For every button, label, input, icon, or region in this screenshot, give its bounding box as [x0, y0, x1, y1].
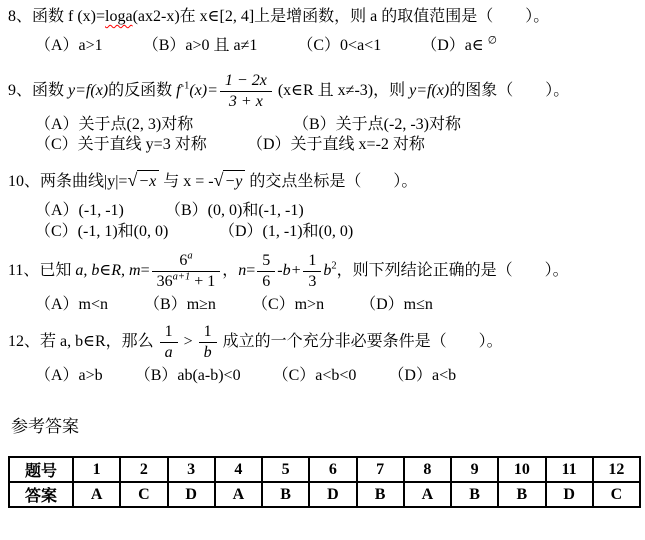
question-11: 11、已知 a, b∈R, m=6a36a+1 + 1，n=56-b+13b2，…: [8, 252, 637, 315]
fraction: 1b: [199, 323, 217, 361]
equals-sign: =: [141, 262, 150, 279]
question-number-cell: 7: [357, 457, 404, 482]
option-a: （A）(-1, -1): [35, 201, 165, 222]
reference-answers-heading: 参考答案: [11, 412, 637, 437]
exponent: a+1: [173, 272, 191, 283]
stem-text: ，: [222, 262, 238, 279]
question-10-stem: 10、两条曲线|y|=√−x 与 x = -√−y 的交点坐标是（ ）。: [8, 168, 637, 193]
question-12-options: （A）a>b （B）ab(a-b)<0 （C）a<b<0 （D）a<b: [35, 366, 637, 387]
math-expression: y=f(x): [409, 82, 449, 99]
stem-text: 与 x = -: [159, 173, 213, 190]
answer-cell: D: [546, 482, 593, 507]
option-d: （D）a<b: [388, 366, 456, 387]
radical-sign: √: [214, 170, 224, 190]
fraction-denominator: 3: [303, 272, 321, 291]
exam-document: 8、函数 f (x)=loga(ax2-x)在 x∈[2, 4]上是增函数，则 …: [0, 0, 645, 508]
option-c: （C）m>n: [252, 295, 324, 316]
stem-text: (x∈R 且 x≠-3)，则: [274, 82, 409, 99]
question-10: 10、两条曲线|y|=√−x 与 x = -√−y 的交点坐标是（ ）。 （A）…: [8, 168, 637, 242]
answer-cell: B: [357, 482, 404, 507]
math-expression: (x)=: [189, 82, 218, 99]
question-11-options: （A）m<n （B）m≥n （C）m>n （D）m≤n: [35, 295, 637, 316]
stem-text: 10、两条曲线|y|=: [8, 173, 127, 190]
question-number-cell: 1: [73, 457, 120, 482]
question-number-cell: 4: [215, 457, 262, 482]
fraction-denominator: b: [199, 343, 217, 362]
option-d: （D）关于直线 x=-2 对称: [247, 135, 425, 156]
option-b: （B）a>0 且 a≠1: [143, 36, 258, 57]
option-a: （A）a>b: [35, 366, 103, 387]
question-number-cell: 3: [168, 457, 215, 482]
fraction: 1a: [160, 323, 178, 361]
question-12-stem: 12、若 a, b∈R，那么 1a > 1b 成立的一个充分非必要条件是（ ）。: [8, 323, 637, 361]
option-c: （C）a<b<0: [273, 366, 357, 387]
question-number-cell: 9: [451, 457, 498, 482]
option-d-text: （D）a∈: [421, 37, 488, 54]
equals-sign: =: [246, 262, 255, 279]
option-b: （B）ab(a-b)<0: [135, 366, 241, 387]
answer-cell: C: [593, 482, 640, 507]
fraction-numerator: 1: [199, 323, 217, 343]
greater-than-sign: >: [180, 333, 197, 350]
row-label-answers: 答案: [9, 482, 73, 507]
question-10-options-row-1: （A）(-1, -1) （B）(0, 0)和(-1, -1): [35, 201, 637, 222]
question-11-stem: 11、已知 a, b∈R, m=6a36a+1 + 1，n=56-b+13b2，…: [8, 252, 637, 290]
stem-text: (ax2-x)在 x∈[2, 4]上是增函数，则 a 的取值范围是（ ）。: [133, 8, 550, 25]
fraction-numerator: 1: [303, 252, 321, 272]
question-9-stem: 9、函数 y=f(x)的反函数 f-1(x)=1 − 2x3 + x (x∈R …: [8, 72, 637, 110]
math-expression: -b+: [277, 262, 301, 279]
answer-cell: B: [498, 482, 545, 507]
stem-text: 8、函数 f (x)=: [8, 8, 105, 25]
base: 36: [157, 273, 173, 290]
question-number-cell: 2: [120, 457, 167, 482]
radicand: −x: [137, 170, 159, 193]
question-8-stem: 8、函数 f (x)=loga(ax2-x)在 x∈[2, 4]上是增函数，则 …: [8, 6, 637, 28]
option-c: （C）(-1, 1)和(0, 0): [35, 222, 219, 243]
stem-text: 的反函数: [108, 82, 176, 99]
stem-text: 11、已知: [8, 262, 75, 279]
option-d: （D）a∈ ∅: [421, 36, 497, 57]
answer-cell: D: [309, 482, 356, 507]
empty-set-symbol: ∅: [488, 35, 497, 46]
misspelled-term: loga: [105, 8, 133, 25]
option-a: （A）a>1: [35, 36, 103, 57]
option-c: （C）0<a<1: [297, 36, 381, 57]
option-b: （B）m≥n: [144, 295, 216, 316]
fraction: 13: [303, 252, 321, 290]
stem-text: 9、函数: [8, 82, 68, 99]
fraction-numerator: 1: [160, 323, 178, 343]
fraction-denominator: 6: [257, 272, 275, 291]
question-8: 8、函数 f (x)=loga(ax2-x)在 x∈[2, 4]上是增函数，则 …: [8, 6, 637, 56]
option-d: （D）m≤n: [360, 295, 433, 316]
question-10-options-row-2: （C）(-1, 1)和(0, 0) （D）(1, -1)和(0, 0): [35, 222, 637, 243]
fraction-denominator: 36a+1 + 1: [152, 272, 221, 291]
question-number-cell: 11: [546, 457, 593, 482]
stem-text: 12、若 a, b∈R，那么: [8, 333, 158, 350]
fraction-numerator: 1 − 2x: [220, 72, 272, 92]
radical-sign: √: [127, 170, 137, 190]
option-c: （C）关于直线 y=3 对称: [35, 135, 247, 156]
row-label-numbers: 题号: [9, 457, 73, 482]
answer-cell: B: [451, 482, 498, 507]
fraction: 56: [257, 252, 275, 290]
square-root: √−y: [214, 173, 246, 190]
fraction-numerator: 5: [257, 252, 275, 272]
fraction: 1 − 2x3 + x: [220, 72, 272, 110]
stem-text: 的交点坐标是（ ）。: [245, 173, 417, 190]
question-9-options-row-1: （A）关于点(2, 3)对称 （B）关于点(-2, -3)对称: [35, 115, 637, 136]
math-expression: a, b∈R, m: [75, 262, 140, 279]
square-root: √−x: [127, 173, 159, 190]
stem-text: 成立的一个充分非必要条件是（ ）。: [219, 333, 503, 350]
answer-table: 题号 1 2 3 4 5 6 7 8 9 10 11 12 答案 A C D A…: [8, 456, 641, 508]
question-9-options-row-2: （C）关于直线 y=3 对称 （D）关于直线 x=-2 对称: [35, 135, 637, 156]
option-a: （A）m<n: [35, 295, 108, 316]
option-b: （B）关于点(-2, -3)对称: [293, 115, 461, 136]
answer-cell: A: [215, 482, 262, 507]
option-a: （A）关于点(2, 3)对称: [35, 115, 293, 136]
question-8-options: （A）a>1 （B）a>0 且 a≠1 （C）0<a<1 （D）a∈ ∅: [35, 36, 637, 57]
answer-cell: B: [262, 482, 309, 507]
denominator-rest: + 1: [190, 273, 215, 290]
answer-table-letter-row: 答案 A C D A B D B A B B D C: [9, 482, 640, 507]
question-9: 9、函数 y=f(x)的反函数 f-1(x)=1 − 2x3 + x (x∈R …: [8, 72, 637, 156]
question-number-cell: 6: [309, 457, 356, 482]
answer-table-number-row: 题号 1 2 3 4 5 6 7 8 9 10 11 12: [9, 457, 640, 482]
option-b: （B）(0, 0)和(-1, -1): [165, 201, 304, 222]
question-number-cell: 10: [498, 457, 545, 482]
stem-text: ，则下列结论正确的是（ ）。: [337, 262, 569, 279]
math-expression: y=f(x): [68, 82, 108, 99]
answer-cell: C: [120, 482, 167, 507]
answer-cell: A: [73, 482, 120, 507]
answer-cell: D: [168, 482, 215, 507]
fraction-denominator: a: [160, 343, 178, 362]
question-12: 12、若 a, b∈R，那么 1a > 1b 成立的一个充分非必要条件是（ ）。…: [8, 323, 637, 386]
fraction-m: 6a36a+1 + 1: [152, 252, 221, 290]
question-number-cell: 8: [404, 457, 451, 482]
radicand: −y: [223, 170, 245, 193]
question-number-cell: 5: [262, 457, 309, 482]
fraction-numerator: 6a: [152, 252, 221, 272]
answer-cell: A: [404, 482, 451, 507]
fraction-denominator: 3 + x: [220, 92, 272, 111]
question-number-cell: 12: [593, 457, 640, 482]
exponent: a: [187, 251, 192, 262]
option-d: （D）(1, -1)和(0, 0): [219, 222, 353, 243]
stem-text: 的图象（ ）。: [449, 82, 569, 99]
